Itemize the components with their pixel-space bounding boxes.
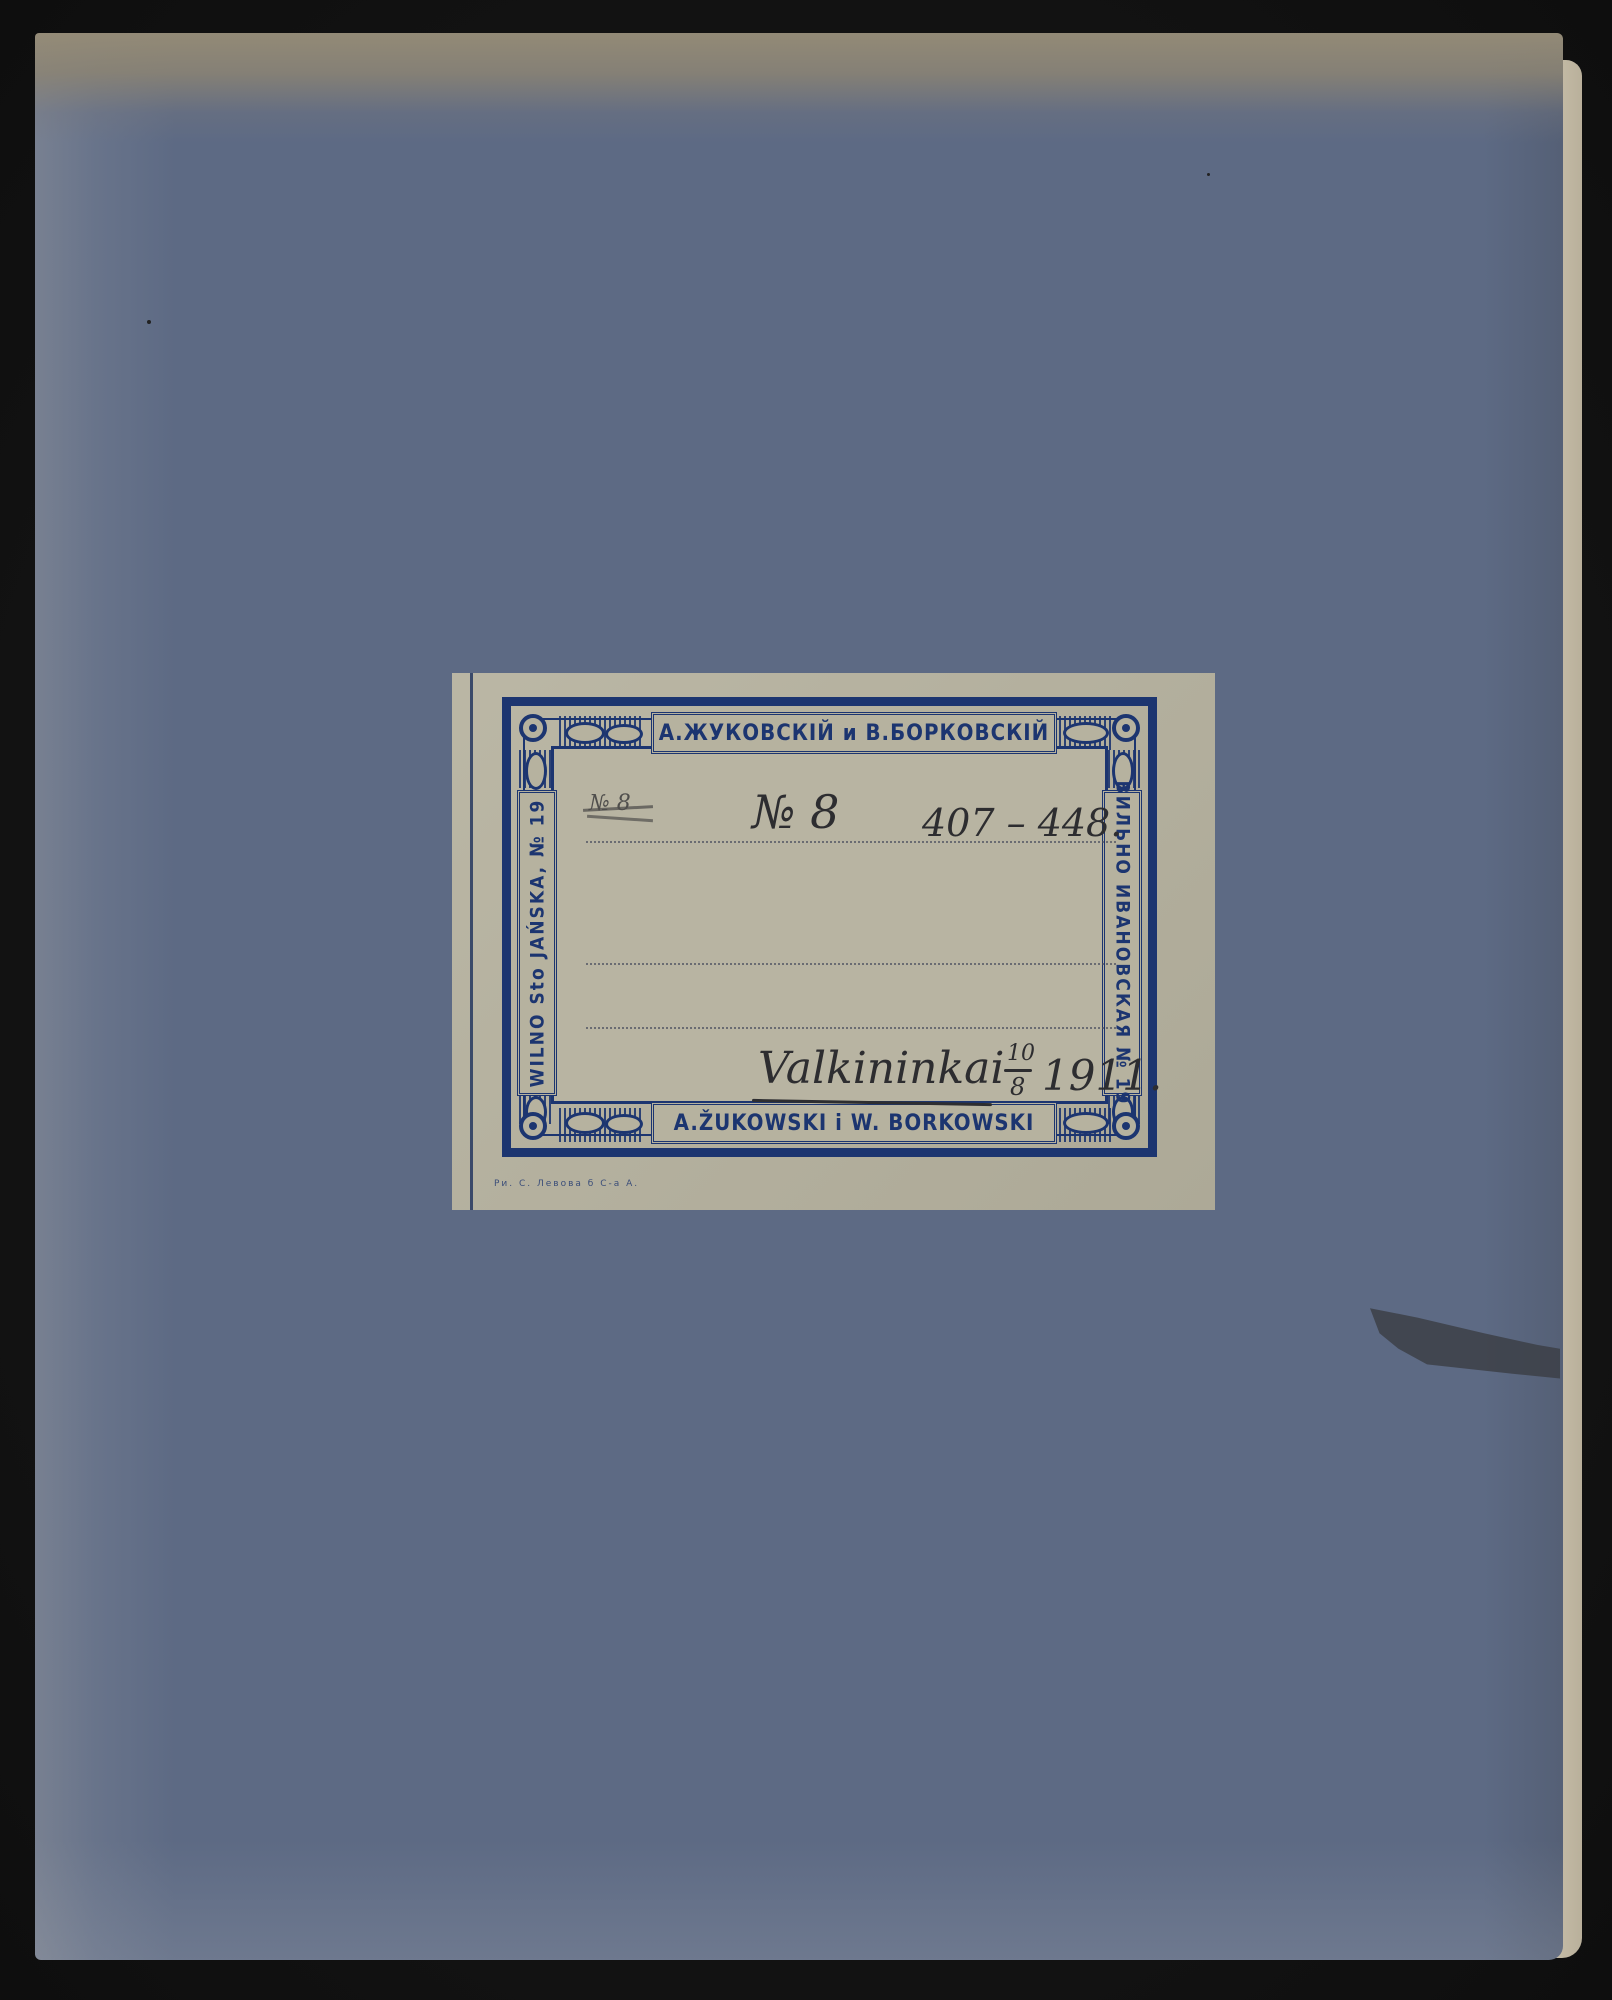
cover-speck [1207, 173, 1210, 176]
date-fraction-bar [1004, 1069, 1032, 1072]
date-month-handwriting: 8 [1010, 1073, 1025, 1101]
number-handwriting: № 8 [752, 785, 839, 839]
bottom-banner: A.ŽUKOWSKI i W. BORKOWSKI [651, 1102, 1057, 1144]
date-day-handwriting: 10 [1007, 1041, 1035, 1066]
leaf-ornament-icon [1063, 1112, 1109, 1134]
label-margin-rule [470, 673, 473, 1210]
dotted-writing-line [586, 963, 1116, 965]
place-handwriting: Valkininkai [758, 1043, 1005, 1094]
year-handwriting: 1911. [1042, 1051, 1162, 1100]
printer-imprint: Ри. С. Левова б С-а А. [494, 1179, 639, 1189]
cover-speck [147, 320, 151, 324]
rosette-corner-icon [1112, 714, 1140, 742]
notebook-label: А.ЖУКОВСКIЙ и В.БОРКОВСКIЙ A.ŽUKOWSKI i … [452, 673, 1215, 1210]
rosette-corner-icon [1112, 1112, 1140, 1140]
rosette-corner-icon [519, 1112, 547, 1140]
struck-number-text: № 8 [589, 791, 631, 816]
top-banner: А.ЖУКОВСКIЙ и В.БОРКОВСКIЙ [651, 712, 1057, 754]
left-side-banner: WILNO Sto JAŃSKA, № 19 [517, 790, 557, 1096]
struck-number-handwriting: № 8 [589, 791, 631, 816]
range-handwriting: 407 – 448. [922, 801, 1122, 845]
top-banner-text: А.ЖУКОВСКIЙ и В.БОРКОВСКIЙ [659, 721, 1049, 746]
leaf-ornament-icon [605, 1114, 643, 1134]
leaf-ornament-icon [565, 1112, 605, 1134]
leaf-ornament-icon [605, 724, 643, 744]
leaf-ornament-icon [565, 722, 605, 744]
leaf-ornament-icon [1063, 722, 1109, 744]
leaf-ornament-icon [525, 752, 547, 790]
rosette-corner-icon [519, 714, 547, 742]
dotted-writing-line [586, 1027, 1116, 1029]
bottom-banner-text: A.ŽUKOWSKI i W. BORKOWSKI [674, 1111, 1035, 1136]
left-side-text: WILNO Sto JAŃSKA, № 19 [526, 799, 548, 1088]
